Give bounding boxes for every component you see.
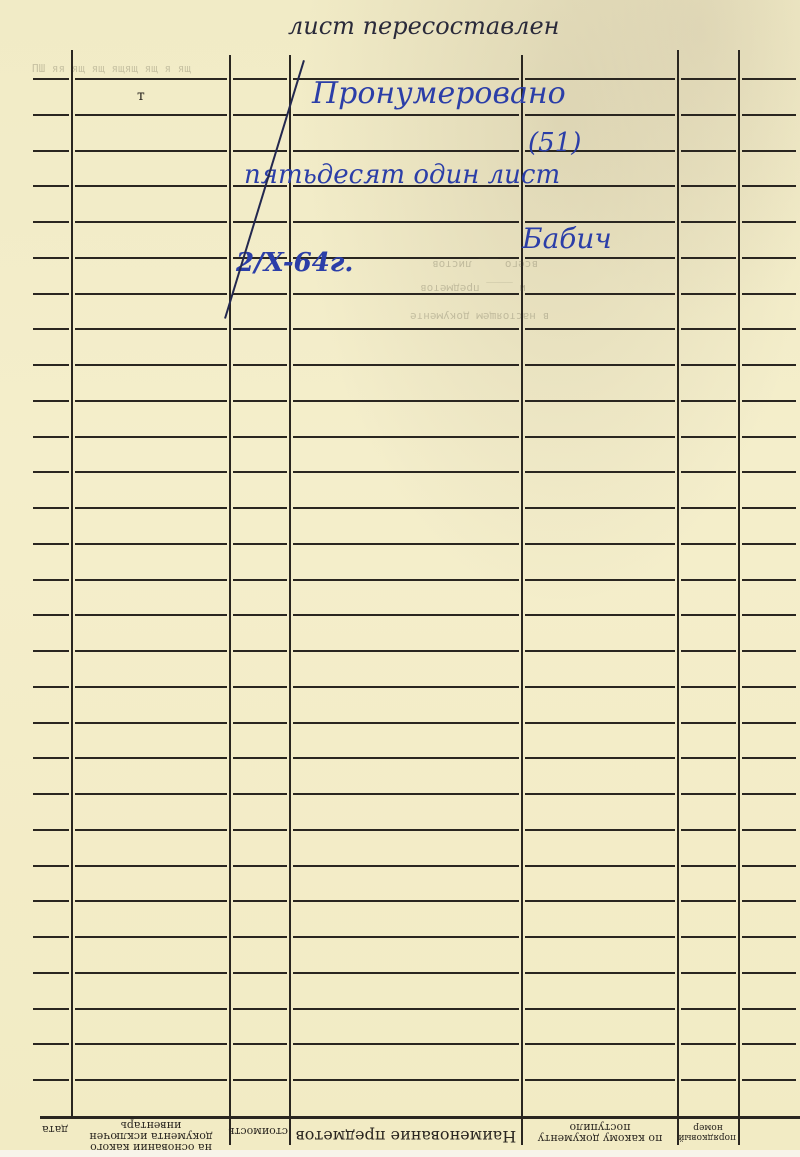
row-rule (681, 650, 736, 652)
row-rule (33, 507, 69, 509)
row-rule (33, 614, 69, 616)
row-rule (525, 364, 675, 366)
row-rule (742, 972, 796, 974)
row-rule (293, 900, 519, 902)
row-rule (33, 757, 69, 759)
row-rule (681, 865, 736, 867)
row-rule (293, 650, 519, 652)
row-rule (742, 686, 796, 688)
row-rule (233, 364, 287, 366)
row-rule (681, 257, 736, 259)
row-rule (75, 614, 227, 616)
row-rule (742, 78, 796, 80)
row-rule (742, 614, 796, 616)
row-rule (681, 722, 736, 724)
row-rule (33, 865, 69, 867)
row-rule (293, 757, 519, 759)
row-rule (681, 900, 736, 902)
row-rule (33, 1079, 69, 1081)
row-rule (742, 1043, 796, 1045)
row-rule (33, 686, 69, 688)
row-rule (681, 686, 736, 688)
row-rule (233, 1008, 287, 1010)
row-rule (233, 293, 287, 295)
row-rule (233, 650, 287, 652)
row-rule (293, 114, 519, 116)
row-rule (33, 436, 69, 438)
row-rule (233, 543, 287, 545)
row-rule (681, 543, 736, 545)
row-rule (233, 579, 287, 581)
row-rule (33, 221, 69, 223)
row-rule (75, 293, 227, 295)
handwritten-date: 2/X-64г. (236, 248, 353, 278)
row-rule (33, 900, 69, 902)
row-rule (681, 78, 736, 80)
row-rule (33, 114, 69, 116)
row-rule (525, 257, 675, 259)
row-rule (233, 221, 287, 223)
row-rule (525, 1079, 675, 1081)
row-rule (293, 936, 519, 938)
row-rule (742, 793, 796, 795)
row-rule (525, 650, 675, 652)
row-rule (75, 185, 227, 187)
row-rule (33, 579, 69, 581)
faint-stamp-line2: и ____ предметов (420, 282, 526, 295)
row-rule (742, 900, 796, 902)
row-rule (742, 364, 796, 366)
row-rule (681, 114, 736, 116)
row-rule (33, 829, 69, 831)
column-divider-6 (738, 50, 740, 1145)
row-rule (33, 1008, 69, 1010)
row-rule (742, 471, 796, 473)
row-rule (525, 436, 675, 438)
row-rule (525, 757, 675, 759)
column-divider-2 (229, 55, 231, 1145)
row-rule (742, 436, 796, 438)
row-rule (233, 865, 287, 867)
row-rule (742, 114, 796, 116)
row-rule (233, 722, 287, 724)
row-rule (33, 78, 69, 80)
row-rule (742, 150, 796, 152)
row-rule (293, 972, 519, 974)
row-rule (233, 614, 287, 616)
row-rule (742, 722, 796, 724)
row-rule (681, 221, 736, 223)
row-rule (75, 829, 227, 831)
row-rule (33, 400, 69, 402)
row-rule (75, 1079, 227, 1081)
row-rule (233, 400, 287, 402)
row-rule (233, 793, 287, 795)
row-rule (525, 543, 675, 545)
row-rule (233, 936, 287, 938)
row-rule (525, 293, 675, 295)
row-rule (33, 793, 69, 795)
row-rule (75, 972, 227, 974)
row-rule (525, 614, 675, 616)
row-rule (742, 400, 796, 402)
row-rule (75, 471, 227, 473)
row-rule (525, 1008, 675, 1010)
row-rule (75, 114, 227, 116)
row-rule (233, 686, 287, 688)
row-rule (33, 936, 69, 938)
row-rule (233, 114, 287, 116)
row-rule (233, 1043, 287, 1045)
row-rule (742, 257, 796, 259)
row-rule (293, 543, 519, 545)
row-rule (293, 221, 519, 223)
column-divider-5 (677, 50, 679, 1145)
row-rule (681, 507, 736, 509)
row-rule (75, 507, 227, 509)
row-rule (525, 114, 675, 116)
row-rule (681, 829, 736, 831)
handwritten-signature: Бабич (522, 222, 612, 255)
row-rule (293, 1008, 519, 1010)
row-rule (681, 579, 736, 581)
column-header-serial-number: порядковый номер (680, 1122, 736, 1142)
row-rule (742, 507, 796, 509)
row-rule (681, 1043, 736, 1045)
handwritten-count: (51) (528, 128, 581, 158)
handwritten-numbered: Пронумеровано (312, 76, 566, 111)
row-rule (525, 972, 675, 974)
row-rule (525, 1043, 675, 1045)
row-rule (681, 1079, 736, 1081)
column-header-basis-document: на основании какого документа исключен и… (76, 1120, 226, 1153)
row-rule (293, 793, 519, 795)
row-rule (75, 257, 227, 259)
row-rule (75, 1008, 227, 1010)
row-rule (742, 328, 796, 330)
row-rule (525, 936, 675, 938)
row-rule (293, 328, 519, 330)
faint-print-top: ПШ яя ящ ящ ящящ ящ я ящ (32, 62, 191, 75)
row-rule (742, 221, 796, 223)
row-rule (75, 579, 227, 581)
row-rule (525, 507, 675, 509)
row-rule (742, 829, 796, 831)
row-rule (293, 364, 519, 366)
row-rule (33, 471, 69, 473)
row-rule (75, 650, 227, 652)
row-rule (293, 436, 519, 438)
row-rule (525, 686, 675, 688)
row-rule (681, 150, 736, 152)
row-rule (293, 614, 519, 616)
row-rule (75, 936, 227, 938)
row-rule (75, 686, 227, 688)
row-rule (293, 829, 519, 831)
row-rule (33, 185, 69, 187)
row-rule (742, 579, 796, 581)
row-rule (681, 328, 736, 330)
row-rule (233, 471, 287, 473)
row-rule (75, 793, 227, 795)
row-rule (293, 507, 519, 509)
row-rule (742, 1008, 796, 1010)
ledger-page: ПШ яя ящ ящ ящящ ящ я ящ всего ___ листо… (0, 0, 800, 1157)
row-rule (233, 78, 287, 80)
column-header-date: дата (40, 1124, 70, 1135)
row-rule (75, 865, 227, 867)
row-rule (75, 221, 227, 223)
row-rule (525, 471, 675, 473)
row-rule (33, 328, 69, 330)
row-rule (742, 1079, 796, 1081)
row-rule (293, 471, 519, 473)
row-rule (75, 78, 227, 80)
row-rule (681, 757, 736, 759)
row-rule (525, 865, 675, 867)
column-divider-1 (71, 50, 73, 1117)
row-rule (525, 829, 675, 831)
column-header-receipt-document: по какому документу поступило (524, 1122, 676, 1144)
row-rule (233, 757, 287, 759)
row-rule (233, 972, 287, 974)
column-divider-4 (521, 55, 523, 1145)
row-rule (742, 936, 796, 938)
row-rule (233, 150, 287, 152)
row-rule (233, 436, 287, 438)
row-rule (293, 579, 519, 581)
row-rule (293, 686, 519, 688)
small-mark: т (137, 88, 145, 104)
row-rule (525, 900, 675, 902)
row-rule (75, 900, 227, 902)
row-rule (681, 793, 736, 795)
row-rule (33, 1043, 69, 1045)
row-rule (33, 293, 69, 295)
row-rule (33, 650, 69, 652)
row-rule (525, 579, 675, 581)
row-rule (681, 364, 736, 366)
row-rule (681, 436, 736, 438)
row-rule (681, 471, 736, 473)
row-rule (681, 293, 736, 295)
row-rule (233, 900, 287, 902)
row-rule (525, 793, 675, 795)
row-rule (33, 364, 69, 366)
row-rule (233, 328, 287, 330)
row-rule (525, 328, 675, 330)
row-rule (681, 936, 736, 938)
row-rule (742, 543, 796, 545)
row-rule (75, 757, 227, 759)
row-rule (33, 722, 69, 724)
row-rule (293, 1043, 519, 1045)
row-rule (293, 1079, 519, 1081)
row-rule (75, 436, 227, 438)
row-rule (33, 972, 69, 974)
row-rule (293, 400, 519, 402)
row-rule (75, 328, 227, 330)
row-rule (681, 400, 736, 402)
row-rule (293, 150, 519, 152)
row-rule (75, 400, 227, 402)
row-rule (33, 150, 69, 152)
row-rule (681, 614, 736, 616)
row-rule (525, 722, 675, 724)
row-rule (75, 722, 227, 724)
faint-stamp-line3: в настоящем документе (410, 310, 549, 323)
row-rule (681, 185, 736, 187)
row-rule (525, 400, 675, 402)
row-rule (742, 293, 796, 295)
row-rule (75, 1043, 227, 1045)
row-rule (33, 543, 69, 545)
row-rule (681, 972, 736, 974)
row-rule (75, 364, 227, 366)
row-rule (233, 1079, 287, 1081)
scan-edge (0, 1150, 800, 1157)
row-rule (233, 507, 287, 509)
row-rule (75, 543, 227, 545)
row-rule (293, 865, 519, 867)
handwritten-count-words: пятьдесят один лист (244, 160, 560, 190)
row-rule (742, 650, 796, 652)
row-rule (75, 150, 227, 152)
row-rule (742, 865, 796, 867)
row-rule (33, 257, 69, 259)
faint-stamp-line1: всего ___ листов (432, 258, 538, 271)
top-note: лист пересоставлен (288, 12, 559, 40)
column-divider-3 (289, 55, 291, 1145)
row-rule (742, 185, 796, 187)
row-rule (681, 1008, 736, 1010)
row-rule (293, 722, 519, 724)
column-header-item-name: Наименование предметов (292, 1128, 520, 1144)
column-header-cost: стоимость (232, 1126, 288, 1137)
row-rule (233, 829, 287, 831)
row-rule (742, 757, 796, 759)
